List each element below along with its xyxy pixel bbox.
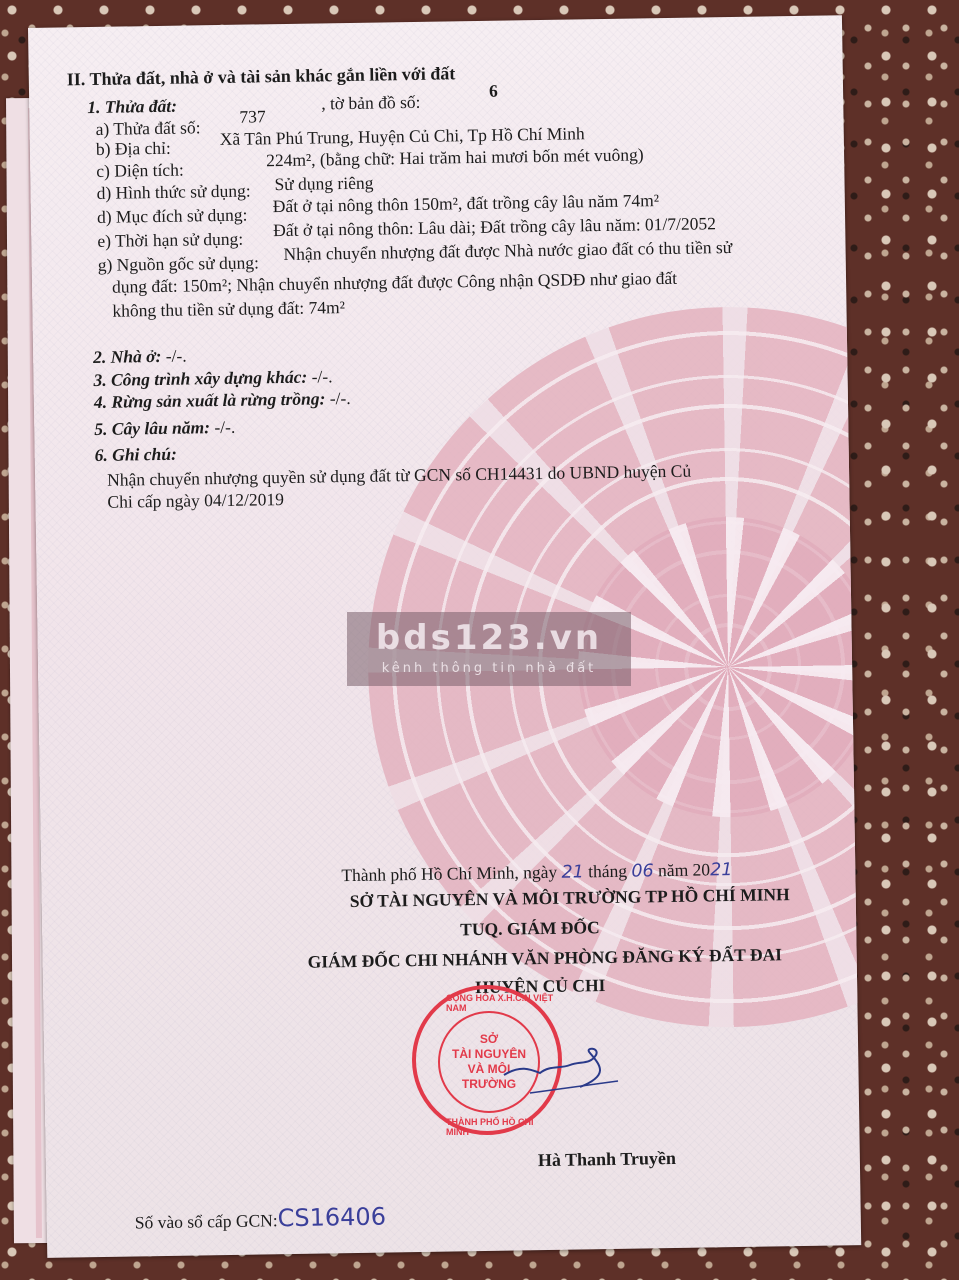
item-house-value: -/-.	[166, 346, 187, 366]
section-title: II. Thửa đất, nhà ở và tài sản khác gắn …	[67, 63, 456, 90]
area-label: c) Diện tích:	[96, 160, 184, 182]
signature-scribble	[500, 1035, 620, 1095]
signing-date: Thành phố Hồ Chí Minh, ngày 21 tháng 06 …	[341, 859, 732, 886]
origin-line-3: không thu tiền sử dụng đất: 74m²	[112, 297, 345, 322]
term-label: e) Thời hạn sử dụng:	[97, 229, 243, 252]
registry-label: Số vào sổ cấp GCN:	[135, 1210, 278, 1232]
registry-number: Số vào sổ cấp GCN:CS16406	[135, 1203, 387, 1235]
item-perennial-trees-value: -/-.	[214, 417, 235, 437]
note-line-1: Nhận chuyển nhượng quyền sử dụng đất từ …	[107, 461, 691, 491]
signer-name: Hà Thanh Truyền	[538, 1148, 676, 1171]
item-production-forest-value: -/-.	[330, 388, 351, 408]
stamp-top-ring: CỘNG HÒA X.H.C.N VIỆT NAM	[446, 993, 558, 1013]
origin-label: g) Nguồn gốc sử dụng:	[98, 252, 259, 276]
on-behalf-title: TUQ. GIÁM ĐỐC	[460, 917, 600, 940]
purpose-label: d) Mục đích sử dụng:	[97, 205, 248, 228]
item-perennial-trees: 5. Cây lâu năm: -/-.	[94, 417, 235, 440]
term-value: Đất ở tại nông thôn: Lâu dài; Đất trồng …	[273, 213, 716, 241]
item-notes: 6. Ghi chú:	[95, 444, 177, 466]
item-production-forest: 4. Rừng sản xuất là rừng trồng: -/-.	[94, 388, 351, 413]
registry-value-handwritten: CS16406	[277, 1203, 386, 1233]
item-other-construction-label: 3. Công trình xây dựng khác:	[93, 367, 307, 390]
year-label: năm 20	[658, 859, 710, 880]
stamp-bottom-ring: THÀNH PHỐ HỒ CHÍ MINH	[446, 1117, 558, 1137]
office-title-line-1: GIÁM ĐỐC CHI NHÁNH VĂN PHÒNG ĐĂNG KÝ ĐẤT…	[308, 944, 783, 972]
year-handwritten: 21	[710, 860, 733, 880]
month-label: tháng	[588, 861, 627, 882]
item-notes-label: 6. Ghi chú:	[95, 444, 177, 465]
address-label: b) Địa chỉ:	[96, 138, 171, 160]
item-house-label: 2. Nhà ở:	[93, 346, 162, 367]
item-other-construction-value: -/-.	[311, 366, 332, 386]
watermark-tagline: kênh thông tin nhà đất	[347, 660, 631, 678]
parcel-number: 737	[239, 106, 266, 127]
usage-form-label: d) Hình thức sử dụng:	[96, 181, 250, 204]
day-handwritten: 21	[561, 862, 584, 882]
parcel-label: a) Thửa đất số:	[95, 117, 200, 140]
item-production-forest-label: 4. Rừng sản xuất là rừng trồng:	[94, 388, 326, 412]
note-line-2: Chi cấp ngày 04/12/2019	[107, 489, 284, 513]
item-house: 2. Nhà ở: -/-.	[93, 346, 187, 368]
map-sheet-label: , tờ bản đồ số:	[321, 92, 421, 115]
place-prefix: Thành phố Hồ Chí Minh, ngày	[341, 862, 557, 885]
item-other-construction: 3. Công trình xây dựng khác: -/-.	[93, 366, 332, 391]
month-handwritten: 06	[631, 861, 654, 881]
agency-name: SỞ TÀI NGUYÊN VÀ MÔI TRƯỜNG TP HỒ CHÍ MI…	[350, 884, 790, 912]
bds123-watermark: bds123.vn kênh thông tin nhà đất	[347, 612, 631, 686]
stamp-line-1: SỞ	[480, 1032, 498, 1047]
usage-form-value: Sử dụng riêng	[274, 173, 373, 196]
watermark-brand: bds123.vn	[347, 616, 631, 660]
item-perennial-trees-label: 5. Cây lâu năm:	[94, 417, 210, 439]
land-heading: 1. Thửa đất:	[87, 96, 177, 118]
map-sheet-number: 6	[489, 81, 498, 102]
area-value: 224m², (bằng chữ: Hai trăm hai mươi bốn …	[266, 144, 644, 171]
origin-line-1: Nhận chuyển nhượng đất được Nhà nước gia…	[283, 237, 732, 265]
